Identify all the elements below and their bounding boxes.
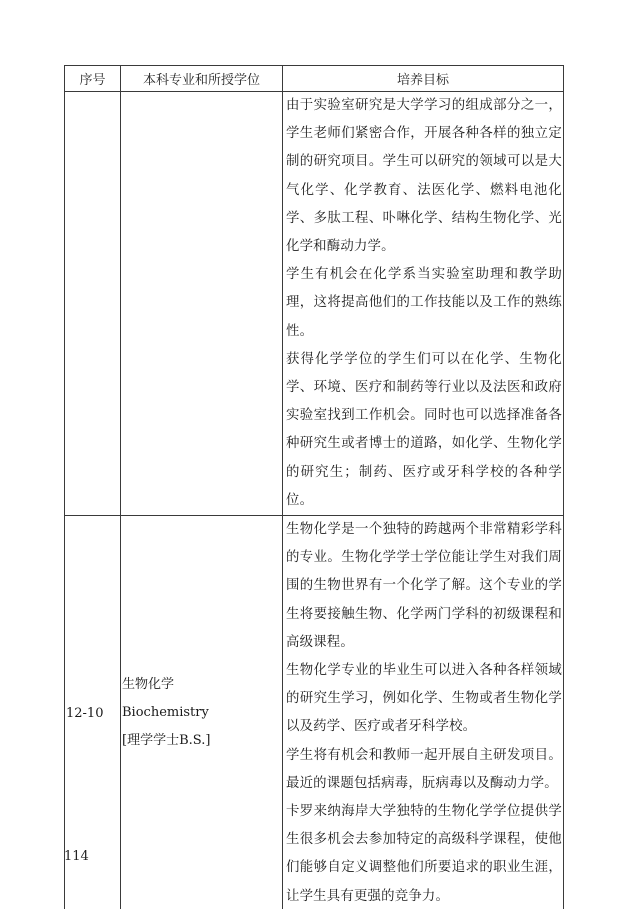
- goal-paragraph: 由于实验室研究是大学学习的组成部分之一，学生老师们紧密合作，开展各种各样的独立定…: [286, 92, 562, 261]
- table-header-row: 序号 本科专业和所授学位 培养目标: [65, 66, 564, 92]
- goal-paragraph: 学生将有机会和教师一起开展自主研发项目。最近的课题包括病毒，朊病毒以及酶动力学。: [286, 742, 562, 798]
- training-goals-cell: 由于实验室研究是大学学习的组成部分之一，学生老师们紧密合作，开展各种各样的独立定…: [283, 92, 564, 516]
- serial-number-cell: [65, 92, 121, 516]
- header-major-and-degree: 本科专业和所授学位: [121, 66, 283, 92]
- header-serial-number: 序号: [65, 66, 121, 92]
- goal-paragraph: 获得化学学位的学生们可以在化学、生物化学、环境、医疗和制药等行业以及法医和政府实…: [286, 346, 562, 515]
- page-number: 114: [64, 849, 89, 864]
- goal-paragraph: 学生有机会在化学系当实验室助理和教学助理，这将提高他们的工作技能以及工作的熟练性…: [286, 261, 562, 346]
- major-cell: 生物化学 Biochemistry [理学学士B.S.]: [121, 516, 283, 909]
- degree-label: [理学学士B.S.]: [122, 727, 282, 755]
- major-cell: [121, 92, 283, 516]
- table-row: 12-10 生物化学 Biochemistry [理学学士B.S.] 生物化学是…: [65, 516, 564, 909]
- table-row: 由于实验室研究是大学学习的组成部分之一，学生老师们紧密合作，开展各种各样的独立定…: [65, 92, 564, 516]
- goal-paragraph: 生物化学是一个独特的跨越两个非常精彩学科的专业。生物化学学士学位能让学生对我们周…: [286, 516, 562, 657]
- goal-paragraph: 生物化学专业的毕业生可以进入各种各样领域的研究生学习，例如化学、生物或者生物化学…: [286, 657, 562, 742]
- major-name-english: Biochemistry: [122, 699, 282, 727]
- major-name-chinese: 生物化学: [122, 671, 282, 699]
- header-training-goals: 培养目标: [283, 66, 564, 92]
- goal-paragraph: 卡罗来纳海岸大学独特的生物化学学位提供学生很多机会去参加特定的高级科学课程，使他…: [286, 798, 562, 909]
- training-goals-cell: 生物化学是一个独特的跨越两个非常精彩学科的专业。生物化学学士学位能让学生对我们周…: [283, 516, 564, 909]
- curriculum-table: 序号 本科专业和所授学位 培养目标 由于实验室研究是大学学习的组成部分之一，学生…: [64, 65, 564, 909]
